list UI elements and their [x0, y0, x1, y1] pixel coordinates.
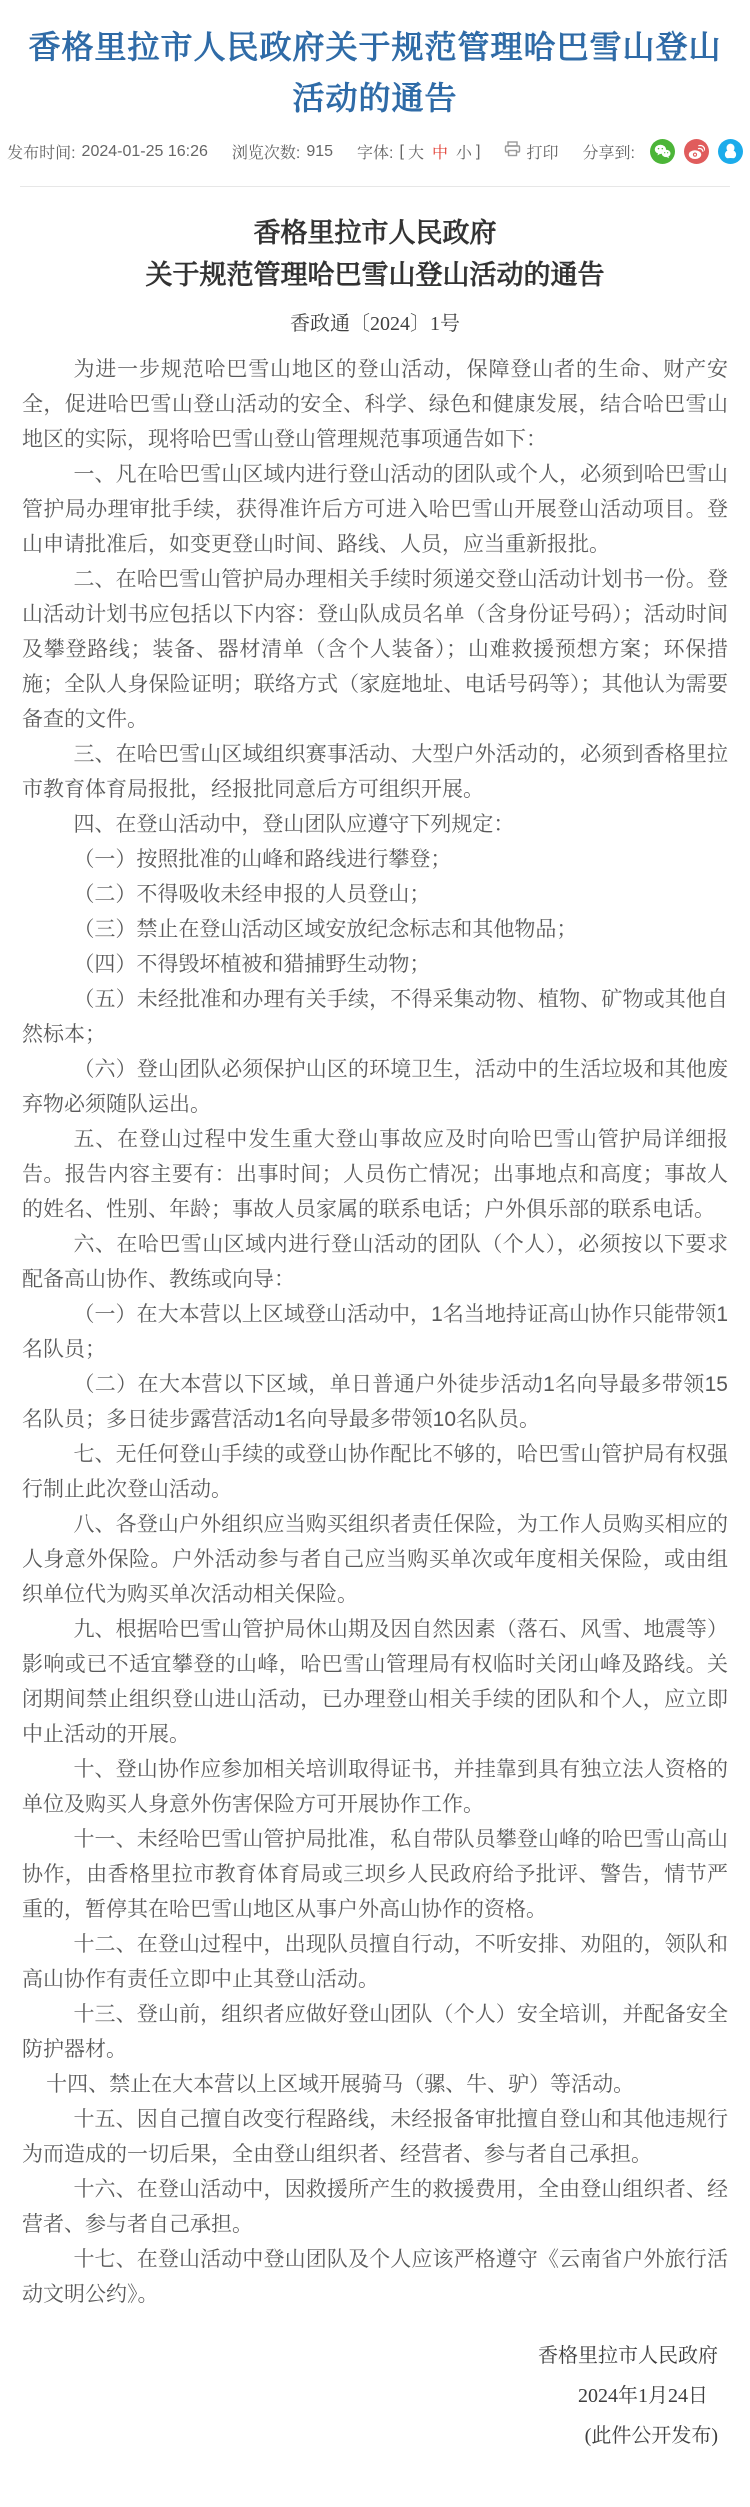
- doc-paragraph: 十五、因自己擅自改变行程路线，未经报备审批擅自登山和其他违规行为而造成的一切后果…: [22, 2102, 728, 2172]
- doc-org-title: 香格里拉市人民政府: [22, 213, 728, 255]
- doc-sign-date: 2024年1月24日: [22, 2376, 718, 2416]
- publish-time: 发布时间: 2024-01-25 16:26: [7, 140, 208, 163]
- print-label: 打印: [526, 140, 558, 163]
- share-group: 分享到:: [582, 139, 742, 164]
- doc-paragraph: （五）未经批准和办理有关手续，不得采集动物、植物、矿物或其他自然标本；: [22, 982, 728, 1052]
- doc-paragraph: 五、在登山过程中发生重大登山事故应及时向哈巴雪山管护局详细报告。报告内容主要有：…: [22, 1122, 728, 1227]
- doc-paragraph: 十、登山协作应参加相关培训取得证书，并挂靠到具有独立法人资格的单位及购买人身意外…: [22, 1752, 728, 1822]
- doc-body: 为进一步规范哈巴雪山地区的登山活动，保障登山者的生命、财产安全，促进哈巴雪山登山…: [22, 352, 728, 2312]
- font-size-small-button[interactable]: 小: [456, 140, 472, 163]
- doc-paragraph: 九、根据哈巴雪山管护局休山期及因自然因素（落石、风雪、地震等）影响或已不适宜攀登…: [22, 1612, 728, 1752]
- doc-signature: 香格里拉市人民政府: [22, 2336, 718, 2376]
- doc-paragraph: 二、在哈巴雪山管护局办理相关手续时须递交登山活动计划书一份。登山活动计划书应包括…: [22, 562, 728, 737]
- doc-paragraph: 十七、在登山活动中登山团队及个人应该严格遵守《云南省户外旅行活动文明公约》。: [22, 2242, 728, 2312]
- publish-time-value: 2024-01-25 16:26: [82, 143, 208, 161]
- doc-paragraph: 为进一步规范哈巴雪山地区的登山活动，保障登山者的生命、财产安全，促进哈巴雪山登山…: [22, 352, 728, 457]
- doc-paragraph: （六）登山团队必须保护山区的环境卫生，活动中的生活垃圾和其他废弃物必须随队运出。: [22, 1052, 728, 1122]
- doc-publish-note: (此件公开发布): [22, 2416, 718, 2456]
- page-title: 香格里拉市人民政府关于规范管理哈巴雪山登山活动的通告: [0, 0, 750, 127]
- doc-footer: 香格里拉市人民政府 2024年1月24日 (此件公开发布): [22, 2336, 728, 2456]
- meta-bar: 发布时间: 2024-01-25 16:26 浏览次数: 915 字体: [ 大…: [0, 127, 750, 166]
- printer-icon: [504, 141, 526, 162]
- view-count-label: 浏览次数:: [232, 140, 300, 163]
- weibo-share-icon[interactable]: [684, 139, 709, 164]
- doc-paragraph: 十一、未经哈巴雪山管护局批准，私自带队员攀登山峰的哈巴雪山高山协作，由香格里拉市…: [22, 1822, 728, 1927]
- doc-paragraph: 七、无任何登山手续的或登山协作配比不够的，哈巴雪山管护局有权强行制止此次登山活动…: [22, 1437, 728, 1507]
- doc-paragraph: 一、凡在哈巴雪山区域内进行登山活动的团队或个人，必须到哈巴雪山管护局办理审批手续…: [22, 457, 728, 562]
- doc-paragraph: （一）在大本营以上区域登山活动中，1名当地持证高山协作只能带领1名队员；: [22, 1297, 728, 1367]
- print-button[interactable]: 打印: [504, 140, 558, 163]
- font-bracket-close: ]: [476, 143, 480, 161]
- font-bracket-open: [: [399, 143, 403, 161]
- doc-paragraph: 十三、登山前，组织者应做好登山团队（个人）安全培训，并配备安全防护器材。: [22, 1997, 728, 2067]
- font-size-large-button[interactable]: 大: [408, 140, 424, 163]
- share-label: 分享到:: [582, 140, 634, 163]
- doc-paragraph: 十四、禁止在大本营以上区域开展骑马（骡、牛、驴）等活动。: [22, 2067, 728, 2102]
- notice-document: 香格里拉市人民政府 关于规范管理哈巴雪山登山活动的通告 香政通〔2024〕1号 …: [0, 187, 750, 2502]
- doc-subject-title: 关于规范管理哈巴雪山登山活动的通告: [22, 255, 728, 297]
- font-size-switcher: 字体: [ 大 中 小 ]: [357, 140, 480, 163]
- view-count: 浏览次数: 915: [232, 140, 333, 163]
- share-icons: [641, 139, 743, 164]
- view-count-value: 915: [306, 143, 333, 161]
- doc-paragraph: （四）不得毁坏植被和猎捕野生动物；: [22, 947, 728, 982]
- font-size-label: 字体:: [357, 140, 393, 163]
- doc-paragraph: 四、在登山活动中，登山团队应遵守下列规定：: [22, 807, 728, 842]
- doc-paragraph: 十二、在登山过程中，出现队员擅自行动，不听安排、劝阻的，领队和高山协作有责任立即…: [22, 1927, 728, 1997]
- doc-paragraph: 三、在哈巴雪山区域组织赛事活动、大型户外活动的，必须到香格里拉市教育体育局报批，…: [22, 737, 728, 807]
- publish-time-label: 发布时间:: [7, 140, 75, 163]
- qq-share-icon[interactable]: [718, 139, 743, 164]
- font-size-medium-button[interactable]: 中: [432, 140, 448, 163]
- doc-paragraph: （二）不得吸收未经申报的人员登山；: [22, 877, 728, 912]
- doc-paragraph: 十六、在登山活动中，因救援所产生的救援费用，全由登山组织者、经营者、参与者自己承…: [22, 2172, 728, 2242]
- doc-paragraph: 八、各登山户外组织应当购买组织者责任保险，为工作人员购买相应的人身意外保险。户外…: [22, 1507, 728, 1612]
- doc-number: 香政通〔2024〕1号: [22, 307, 728, 336]
- doc-paragraph: 六、在哈巴雪山区域内进行登山活动的团队（个人），必须按以下要求配备高山协作、教练…: [22, 1227, 728, 1297]
- doc-paragraph: （三）禁止在登山活动区域安放纪念标志和其他物品；: [22, 912, 728, 947]
- doc-paragraph: （一）按照批准的山峰和路线进行攀登；: [22, 842, 728, 877]
- page: 香格里拉市人民政府关于规范管理哈巴雪山登山活动的通告 发布时间: 2024-01…: [0, 0, 750, 2507]
- doc-paragraph: （二）在大本营以下区域，单日普通户外徒步活动1名向导最多带领15名队员；多日徒步…: [22, 1367, 728, 1437]
- wechat-share-icon[interactable]: [650, 139, 675, 164]
